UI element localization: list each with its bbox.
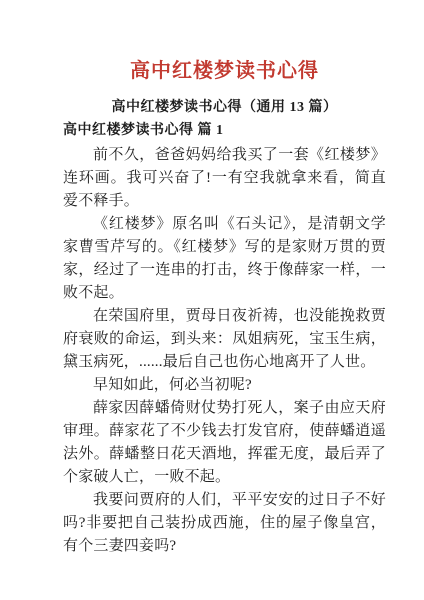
paragraph-closing-question: 我要问贾府的人们，平平安安的过日子不好吗?非要把自己装扮成西施，住的屋子像皇宫，… — [63, 489, 386, 558]
document-body: 前不久，爸爸妈妈给我买了一套《红楼梦》连环画。我可兴奋了!一有空我就拿来看，简直… — [63, 144, 386, 558]
section-heading: 高中红楼梦读书心得 篇 1 — [63, 121, 386, 141]
paragraph-question-short: 早知如此，何必当初呢? — [63, 374, 386, 397]
document-page: 高中红楼梦读书心得 高中红楼梦读书心得（通用 13 篇） 高中红楼梦读书心得 篇… — [0, 0, 424, 600]
paragraph-intro: 前不久，爸爸妈妈给我买了一套《红楼梦》连环画。我可兴奋了!一有空我就拿来看，简直… — [63, 144, 386, 213]
paragraph-xuejia: 薛家因薛蟠倚财仗势打死人，案子由应天府审理。薛家花了不少钱去打发官府，使薛蟠逍遥… — [63, 397, 386, 489]
paragraph-rongguofu: 在荣国府里，贾母日夜祈祷，也没能挽救贾府衰败的命运，到头来：凤姐病死，宝玉生病，… — [63, 305, 386, 374]
document-subtitle: 高中红楼梦读书心得（通用 13 篇） — [63, 98, 386, 118]
page-title: 高中红楼梦读书心得 — [63, 56, 386, 86]
paragraph-origin: 《红楼梦》原名叫《石头记》，是清朝文学家曹雪芹写的。《红楼梦》写的是家财万贯的贾… — [63, 213, 386, 305]
